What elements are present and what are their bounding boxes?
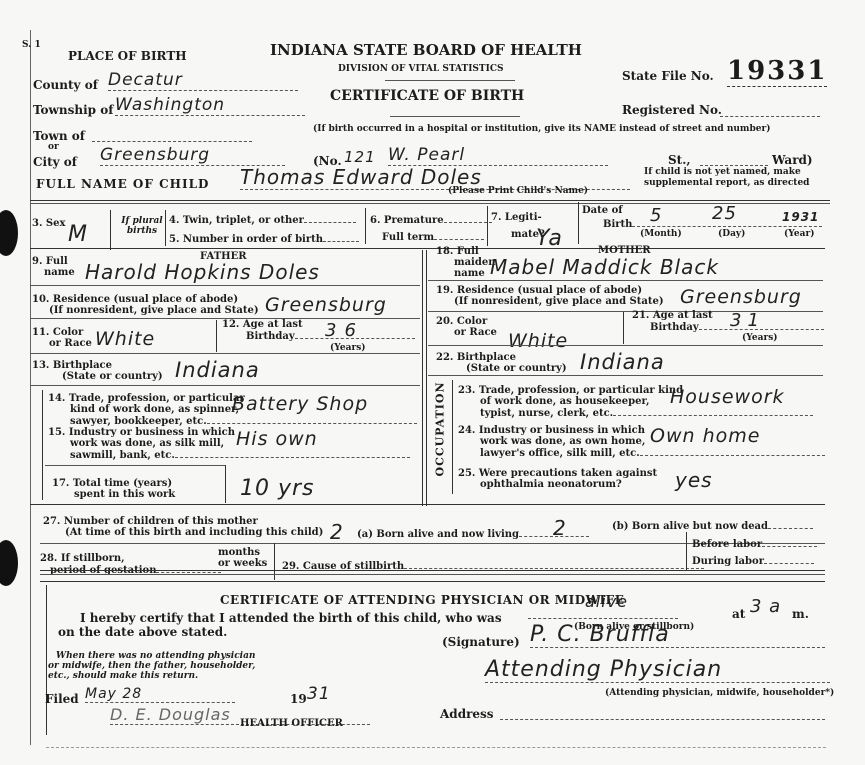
cert-note-1: When there was no attending physician [56, 651, 255, 661]
document-title: CERTIFICATE OF BIRTH [330, 88, 524, 104]
divider [487, 206, 488, 246]
father-time-label-1: 17. Total time (years) [52, 478, 175, 489]
children-dead-label-text: (b) Born alive but now dead [612, 521, 768, 532]
father-time-value: 10 yrs [240, 476, 315, 501]
township-label: Township of [33, 104, 113, 117]
mother-age-label: 21. Age at last Birthday [632, 310, 824, 333]
mother-trade-label-3: typist, nurse, clerk, etc. [480, 408, 613, 419]
center-divider [422, 250, 423, 506]
father-color-value: White [95, 328, 155, 350]
father-name-label-1: 9. Full [32, 256, 75, 267]
cert-heading: CERTIFICATE OF ATTENDING PHYSICIAN OR MI… [220, 593, 624, 607]
section-divider [30, 200, 830, 201]
father-age-label-1: 12. Age at last [222, 319, 415, 330]
father-time-label: 17. Total time (years) spent in this wor… [52, 478, 175, 500]
section-divider [30, 203, 830, 204]
mother-years-caption: (Years) [742, 333, 778, 343]
filed-year-value: 31 [307, 684, 331, 704]
divider [385, 80, 515, 81]
divider [428, 345, 823, 346]
mother-birthplace-label: 22. Birthplace (State or country) [436, 352, 567, 374]
divider [30, 353, 420, 354]
bottom-edge [46, 747, 826, 748]
filed-label: Filed [45, 693, 79, 706]
order-label-text: 5. Number in order of birth [169, 234, 323, 245]
mother-precaution-value: yes [675, 468, 713, 492]
city-label: City of [33, 156, 77, 169]
county-label: County of [33, 79, 98, 92]
divider [390, 116, 520, 117]
children-alive-value: 2 [553, 516, 567, 540]
premature-label: 6. Premature [370, 214, 492, 226]
divider [216, 320, 217, 352]
father-industry-label: 15. Industry or business in which work w… [48, 427, 410, 461]
divider [30, 285, 420, 286]
father-residence-label: 10. Residence (usual place of abode) (If… [32, 294, 259, 316]
full-term-label: Full term [382, 231, 484, 243]
plural-label-2: births [117, 226, 167, 236]
father-residence-value: Greensburg [265, 294, 387, 316]
father-industry-label-1: 15. Industry or business in which [48, 427, 410, 438]
father-trade-dots [207, 415, 417, 424]
father-residence-label-1: 10. Residence (usual place of abode) [32, 294, 259, 305]
dob-year: 1931 [782, 210, 819, 224]
township-value: Washington [115, 95, 305, 116]
mother-color-label: 20. Color or Race [436, 316, 497, 338]
section-divider [40, 581, 825, 582]
center-divider [426, 250, 427, 506]
father-age-label: 12. Age at last Birthday [222, 319, 415, 342]
section-divider [30, 504, 825, 505]
mother-color-label-2: or Race [454, 327, 497, 338]
mother-birthplace-label-1: 22. Birthplace [436, 352, 567, 363]
address-street: W. Pearl [388, 145, 608, 166]
punch-hole [0, 540, 18, 586]
sex-value: M [68, 222, 88, 247]
divider [578, 202, 579, 244]
father-trade-value: Battery Shop [232, 393, 368, 415]
mother-birthplace-value: Indiana [580, 350, 665, 374]
cert-statement-2: on the date above stated. [58, 625, 227, 639]
during-labor-value [764, 555, 814, 564]
or-label: or [48, 142, 59, 152]
mother-birthplace-label-2: (State or country) [466, 363, 567, 374]
cert-frame-left [46, 585, 47, 735]
cert-note: When there was no attending physician or… [48, 651, 255, 681]
role-caption: (Attending physician, midwife, household… [605, 688, 834, 698]
divider [365, 208, 366, 244]
mother-industry-dots [640, 447, 825, 456]
dob-label-1: Date of [582, 205, 623, 216]
children-total-value: 2 [330, 520, 344, 544]
full-term-value [434, 231, 484, 240]
gestation-units: months or weeks [218, 547, 267, 569]
state-file-number: 19331 [727, 56, 827, 87]
before-labor-text: Before labor [692, 539, 762, 550]
mother-name-label-1: 18. Full [436, 246, 495, 257]
father-residence-label-2: (If nonresident, give place and State) [49, 305, 259, 316]
mother-industry-value: Own home [650, 425, 760, 447]
cert-note-3: etc., should make this return. [48, 671, 255, 681]
father-color-label-2: or Race [49, 338, 92, 349]
plural-label-1: If plural [117, 216, 167, 226]
children-label-2: (At time of this birth and including thi… [65, 527, 323, 538]
mother-name-value: Mabel Maddick Black [490, 255, 719, 279]
role-value: Attending Physician [485, 657, 830, 683]
before-labor-value [762, 538, 817, 547]
father-name-value: Harold Hopkins Doles [85, 260, 320, 284]
mother-color-label-1: 20. Color [436, 316, 497, 327]
premature-value [444, 214, 492, 223]
months-label: months [218, 547, 267, 558]
gestation-value [156, 564, 221, 573]
occupation-label: OCCUPATION [434, 397, 447, 477]
father-years-caption: (Years) [330, 343, 366, 353]
ward-value [700, 155, 768, 166]
signature-value: P. C. Bruffla [530, 622, 825, 648]
stillbirth-cause-value [404, 560, 704, 569]
father-birthplace-value: Indiana [175, 358, 260, 382]
unnamed-note-1: If child is not yet named, make [644, 167, 801, 177]
father-time-label-2: spent in this work [74, 489, 175, 500]
mother-name-label: 18. Full maiden name [436, 246, 495, 279]
divider [225, 465, 226, 503]
health-officer-label: HEALTH OFFICER [240, 718, 343, 729]
father-industry-value: His own [236, 428, 318, 450]
ward-suffix: Ward) [772, 154, 813, 167]
mother-precaution-label: 25. Were precautions taken against ophth… [458, 468, 657, 490]
father-color-label-1: 11. Color [32, 327, 92, 338]
punch-hole [0, 210, 18, 256]
unnamed-note-2: supplemental report, as directed [644, 178, 809, 188]
hospital-note: (If birth occurred in a hospital or inst… [313, 124, 770, 134]
filed-value: May 28 [85, 686, 235, 703]
father-birthplace-label-2: (State or country) [62, 371, 163, 382]
mother-residence-label: 19. Residence (usual place of abode) (If… [436, 285, 664, 307]
registered-label: Registered No. [622, 104, 722, 117]
father-birthplace-label-1: 13. Birthplace [32, 360, 163, 371]
day-caption: (Day) [718, 229, 745, 239]
divider [110, 210, 111, 250]
mother-age-value: 31 [730, 310, 765, 331]
mother-color-value: White [508, 330, 568, 352]
dob-day: 25 [712, 203, 737, 224]
m-label: m. [792, 608, 809, 621]
divider [623, 312, 624, 344]
legit-label-1: 7. Legiti- [491, 212, 545, 223]
state-file-label: State File No. [622, 70, 714, 83]
gestation-label: 28. If stillborn, period of gestation [40, 553, 221, 576]
father-age-label-2: Birthday [246, 331, 295, 342]
street-suffix: St., [668, 154, 691, 167]
divider [165, 210, 166, 246]
print-note: (Please Print Child's Name) [448, 186, 588, 196]
address-label: Address [440, 708, 494, 721]
order-label: 5. Number in order of birth [169, 233, 359, 245]
mother-residence-value: Greensburg [680, 286, 802, 308]
division-title: DIVISION OF VITAL STATISTICS [338, 64, 504, 74]
at-label: at [732, 608, 745, 621]
address-value [500, 709, 825, 720]
signature-label: (Signature) [442, 636, 520, 649]
children-label-1: 27. Number of children of this mother [43, 516, 323, 527]
father-color-label: 11. Color or Race [32, 327, 92, 349]
children-label: 27. Number of children of this mother (A… [43, 516, 323, 538]
time-value: 3 a [750, 596, 781, 617]
twin-label-text: 4. Twin, triplet, or other [169, 215, 304, 226]
children-dead-label: (b) Born alive but now dead [612, 520, 813, 532]
father-name-label-2: name [44, 267, 75, 278]
registered-number [720, 106, 820, 117]
mother-age-label-1: 21. Age at last [632, 310, 824, 321]
frame-left [30, 30, 31, 745]
before-labor-label: Before labor [692, 538, 817, 550]
mother-industry-label: 24. Industry or business in which work w… [458, 425, 825, 459]
mother-trade-dots [613, 407, 813, 416]
mother-residence-label-2: (If nonresident, give place and State) [454, 296, 664, 307]
order-value [323, 233, 359, 242]
dob-label-2: Birth [603, 219, 632, 230]
plural-label: If plural births [117, 216, 167, 236]
father-industry-label-3: sawmill, bank, etc. [70, 450, 175, 461]
weeks-label: or weeks [218, 558, 267, 569]
divider [428, 280, 823, 281]
divider [428, 375, 823, 376]
divider [30, 385, 420, 386]
mother-precaution-label-2: ophthalmia neonatorum? [480, 479, 657, 490]
section-divider [30, 248, 825, 249]
children-alive-label-text: (a) Born alive and now living [357, 529, 519, 540]
section-divider [40, 574, 825, 575]
born-line [528, 618, 678, 619]
sex-label: 3. Sex [32, 218, 65, 229]
divider [45, 465, 225, 466]
father-age-value: 36 [325, 320, 364, 341]
full-term-label-text: Full term [382, 232, 434, 243]
cert-statement-1: I hereby certify that I attended the bir… [80, 611, 502, 625]
mother-trade-value: Housework [670, 386, 785, 408]
mother-age-label-2: Birthday [650, 322, 699, 333]
child-name-label: FULL NAME OF CHILD [36, 178, 209, 191]
father-birthplace-label: 13. Birthplace (State or country) [32, 360, 163, 382]
during-labor-text: During labor [692, 556, 764, 567]
dob-month: 5 [650, 205, 662, 226]
twin-value [304, 214, 356, 223]
town-value [92, 131, 252, 142]
divider [42, 390, 43, 500]
cert-note-2: or midwife, then the father, householder… [48, 661, 255, 671]
father-trade-label-3: sawyer, bookkeeper, etc. [70, 416, 207, 427]
city-value: Greensburg [100, 145, 285, 166]
father-name-label: 9. Full name [32, 256, 75, 278]
county-value: Decatur [108, 70, 298, 91]
gestation-label-1: 28. If stillborn, [40, 553, 221, 564]
during-labor-label: During labor [692, 555, 814, 567]
agency-title: INDIANA STATE BOARD OF HEALTH [270, 41, 582, 59]
place-of-birth-heading: PLACE OF BIRTH [68, 50, 187, 63]
divider [686, 532, 687, 570]
mother-precaution-label-1: 25. Were precautions taken against [458, 468, 657, 479]
mother-industry-label-3: lawyer's office, silk mill, etc. [480, 448, 640, 459]
father-industry-dots [175, 449, 410, 458]
mother-industry-label-1: 24. Industry or business in which [458, 425, 825, 436]
children-dead-value [768, 520, 813, 529]
section-divider [40, 570, 825, 571]
twin-label: 4. Twin, triplet, or other [169, 214, 356, 226]
born-value: alive [585, 592, 628, 611]
divider [452, 380, 453, 494]
year-caption: (Year) [784, 229, 814, 239]
form-code: S. 1 [22, 40, 41, 50]
dob-underline [632, 226, 822, 227]
mother-residence-label-1: 19. Residence (usual place of abode) [436, 285, 664, 296]
address-number: 121 [344, 148, 376, 166]
month-caption: (Month) [640, 229, 682, 239]
premature-label-text: 6. Premature [370, 215, 444, 226]
